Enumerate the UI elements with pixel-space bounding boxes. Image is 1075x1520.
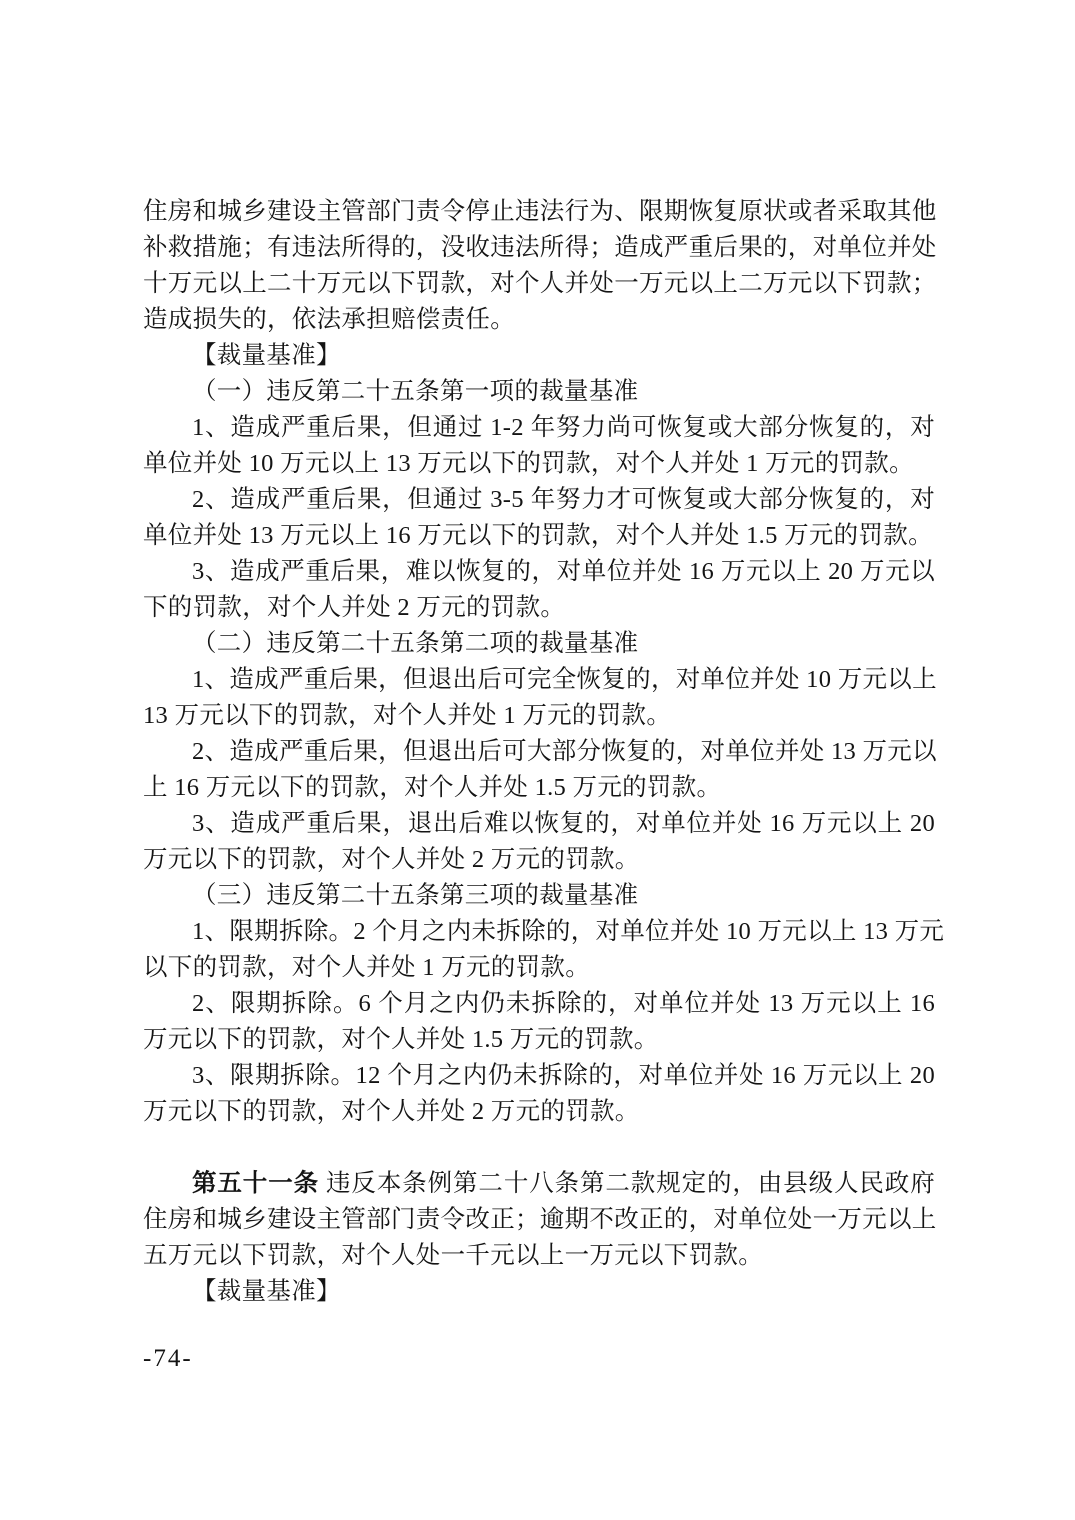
text-segment: 3、造成严重后果，难以恢复的，对单位并处 16 万元以上 20 万元以 [192, 558, 935, 585]
text-line: 3、造成严重后果，退出后难以恢复的，对单位并处 16 万元以上 20 [143, 806, 935, 842]
text-segment: 【裁量基准】 [192, 1278, 341, 1305]
text-segment: 1、造成严重后果，但通过 1-2 年努力尚可恢复或大部分恢复的，对 [192, 414, 935, 441]
text-segment: 住房和城乡建设主管部门责令改正；逾期不改正的，对单位处一万元以上 [143, 1206, 937, 1233]
text-line: （二）违反第二十五条第二项的裁量基准 [143, 626, 935, 662]
text-segment: 万元以下的罚款，对个人并处 2 万元的罚款。 [143, 846, 640, 873]
text-line: 造成损失的，依法承担赔偿责任。 [143, 302, 935, 338]
text-line: 3、造成严重后果，难以恢复的，对单位并处 16 万元以上 20 万元以 [143, 554, 935, 590]
text-line: （三）违反第二十五条第三项的裁量基准 [143, 878, 935, 914]
text-line: 下的罚款，对个人并处 2 万元的罚款。 [143, 590, 935, 626]
text-segment: 【裁量基准】 [192, 342, 341, 369]
text-segment: 五万元以下罚款，对个人处一千元以上一万元以下罚款。 [143, 1242, 763, 1269]
text-segment: 万元以下的罚款，对个人并处 2 万元的罚款。 [143, 1098, 640, 1125]
text-segment: 单位并处 13 万元以上 16 万元以下的罚款，对个人并处 1.5 万元的罚款。 [143, 522, 933, 549]
text-segment: 以下的罚款，对个人并处 1 万元的罚款。 [143, 954, 590, 981]
text-segment: 造成损失的，依法承担赔偿责任。 [143, 306, 515, 333]
text-segment: 13 万元以下的罚款，对个人并处 1 万元的罚款。 [143, 702, 671, 729]
text-segment: 万元以下的罚款，对个人并处 1.5 万元的罚款。 [143, 1026, 659, 1053]
document-page: 住房和城乡建设主管部门责令停止违法行为、限期恢复原状或者采取其他补救措施；有违法… [0, 0, 1075, 1520]
text-line: 万元以下的罚款，对个人并处 2 万元的罚款。 [143, 1094, 935, 1130]
text-line: 万元以下的罚款，对个人并处 1.5 万元的罚款。 [143, 1022, 935, 1058]
text-line: （一）违反第二十五条第一项的裁量基准 [143, 374, 935, 410]
text-line: 【裁量基准】 [143, 338, 935, 374]
text-segment: 单位并处 10 万元以上 13 万元以下的罚款，对个人并处 1 万元的罚款。 [143, 450, 914, 477]
text-line: 住房和城乡建设主管部门责令改正；逾期不改正的，对单位处一万元以上 [143, 1202, 935, 1238]
text-line: 2、造成严重后果，但通过 3-5 年努力才可恢复或大部分恢复的，对 [143, 482, 935, 518]
text-segment: 3、造成严重后果，退出后难以恢复的，对单位并处 16 万元以上 20 [192, 810, 935, 837]
blank-line [143, 1130, 935, 1166]
text-line: 单位并处 13 万元以上 16 万元以下的罚款，对个人并处 1.5 万元的罚款。 [143, 518, 935, 554]
text-line: 2、造成严重后果，但退出后可大部分恢复的，对单位并处 13 万元以 [143, 734, 935, 770]
text-segment: 违反本条例第二十八条第二款规定的，由县级人民政府 [319, 1170, 935, 1197]
text-block: 住房和城乡建设主管部门责令停止违法行为、限期恢复原状或者采取其他补救措施；有违法… [143, 194, 935, 1310]
text-segment: （一）违反第二十五条第一项的裁量基准 [192, 378, 638, 405]
text-segment: 3、限期拆除。12 个月之内仍未拆除的，对单位并处 16 万元以上 20 [192, 1062, 935, 1089]
text-segment: 2、造成严重后果，但退出后可大部分恢复的，对单位并处 13 万元以 [192, 738, 937, 765]
text-line: 第五十一条 违反本条例第二十八条第二款规定的，由县级人民政府 [143, 1166, 935, 1202]
text-line: 十万元以上二十万元以下罚款，对个人并处一万元以上二万元以下罚款； [143, 266, 935, 302]
text-line: 1、造成严重后果，但通过 1-2 年努力尚可恢复或大部分恢复的，对 [143, 410, 935, 446]
text-segment: 补救措施；有违法所得的，没收违法所得；造成严重后果的，对单位并处 [143, 234, 937, 261]
text-segment: 上 16 万元以下的罚款，对个人并处 1.5 万元的罚款。 [143, 774, 721, 801]
text-line: 上 16 万元以下的罚款，对个人并处 1.5 万元的罚款。 [143, 770, 935, 806]
text-line: 1、限期拆除。2 个月之内未拆除的，对单位并处 10 万元以上 13 万元 [143, 914, 935, 950]
text-segment: 2、造成严重后果，但通过 3-5 年努力才可恢复或大部分恢复的，对 [192, 486, 935, 513]
text-segment: 住房和城乡建设主管部门责令停止违法行为、限期恢复原状或者采取其他 [143, 198, 937, 225]
text-line: 单位并处 10 万元以上 13 万元以下的罚款，对个人并处 1 万元的罚款。 [143, 446, 935, 482]
text-segment: 2、限期拆除。6 个月之内仍未拆除的，对单位并处 13 万元以上 16 [192, 990, 935, 1017]
text-line: 2、限期拆除。6 个月之内仍未拆除的，对单位并处 13 万元以上 16 [143, 986, 935, 1022]
text-line: 【裁量基准】 [143, 1274, 935, 1310]
text-segment: 1、造成严重后果，但退出后可完全恢复的，对单位并处 10 万元以上 [192, 666, 937, 693]
text-line: 3、限期拆除。12 个月之内仍未拆除的，对单位并处 16 万元以上 20 [143, 1058, 935, 1094]
text-segment: 下的罚款，对个人并处 2 万元的罚款。 [143, 594, 565, 621]
text-segment: 十万元以上二十万元以下罚款，对个人并处一万元以上二万元以下罚款； [143, 270, 937, 297]
text-segment: （三）违反第二十五条第三项的裁量基准 [192, 882, 638, 909]
text-line: 万元以下的罚款，对个人并处 2 万元的罚款。 [143, 842, 935, 878]
text-line: 13 万元以下的罚款，对个人并处 1 万元的罚款。 [143, 698, 935, 734]
text-line: 五万元以下罚款，对个人处一千元以上一万元以下罚款。 [143, 1238, 935, 1274]
page-number: -74- [143, 1341, 193, 1377]
text-line: 住房和城乡建设主管部门责令停止违法行为、限期恢复原状或者采取其他 [143, 194, 935, 230]
text-segment: 1、限期拆除。2 个月之内未拆除的，对单位并处 10 万元以上 13 万元 [192, 918, 944, 945]
text-line: 1、造成严重后果，但退出后可完全恢复的，对单位并处 10 万元以上 [143, 662, 935, 698]
text-line: 补救措施；有违法所得的，没收违法所得；造成严重后果的，对单位并处 [143, 230, 935, 266]
article-number-label: 第五十一条 [192, 1170, 319, 1197]
text-segment: （二）违反第二十五条第二项的裁量基准 [192, 630, 638, 657]
text-line: 以下的罚款，对个人并处 1 万元的罚款。 [143, 950, 935, 986]
